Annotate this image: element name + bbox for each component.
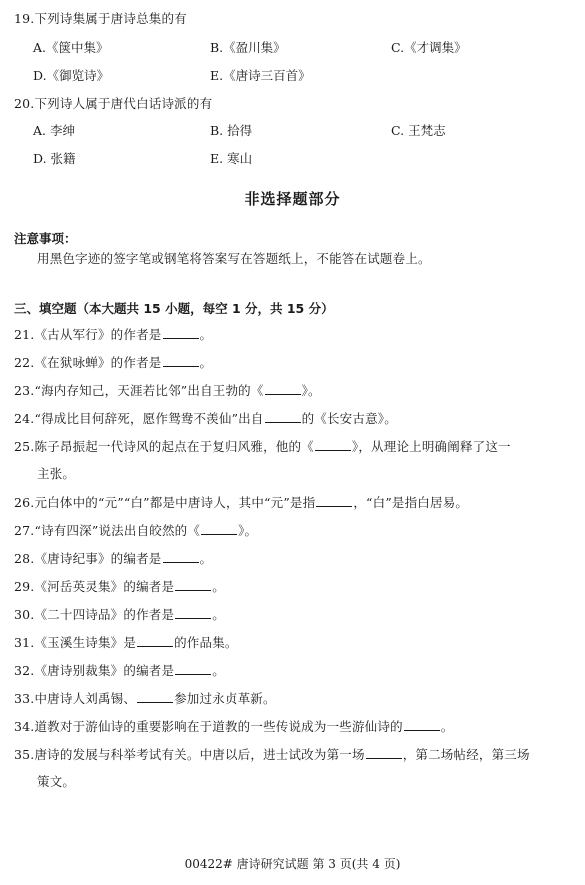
answer-blank [366, 746, 402, 759]
option-19-d: D.《御览诗》 [33, 68, 109, 84]
question-stem: 下列诗人属于唐代白话诗派的有 [34, 96, 212, 111]
answer-blank [316, 494, 352, 507]
question-stem: 下列诗集属于唐诗总集的有 [34, 11, 186, 26]
answer-blank [163, 354, 199, 367]
question-26: 26.元白体中的“元”“白”都是中唐诗人，其中“元”是指，“白”是指白居易。 [14, 494, 468, 511]
question-35-continuation: 策文。 [37, 774, 75, 790]
section-title: 非选择题部分 [0, 188, 585, 209]
question-28: 28.《唐诗纪事》的编者是。 [14, 550, 212, 567]
part-heading: 三、填空题（本大题共 15 小题，每空 1 分，共 15 分） [14, 299, 334, 317]
answer-blank [175, 578, 211, 591]
option-20-a: A. 李绅 [33, 123, 75, 139]
option-20-b: B. 拾得 [210, 123, 252, 139]
answer-blank [137, 634, 173, 647]
answer-blank [265, 410, 301, 423]
question-33: 33.中唐诗人刘禹锡、参加过永贞革新。 [14, 690, 276, 707]
question-23: 23.“海内存知己，天涯若比邻”出自王勃的《》。 [14, 382, 321, 399]
option-20-e: E. 寒山 [210, 151, 252, 167]
question-27: 27.“诗有四深”说法出自皎然的《》。 [14, 522, 257, 539]
option-19-e: E.《唐诗三百首》 [210, 68, 311, 84]
notice-body: 用黑色字迹的签字笔或钢笔将答案写在答题纸上，不能答在试题卷上。 [37, 251, 431, 267]
answer-blank [175, 606, 211, 619]
answer-blank [404, 718, 440, 731]
question-24: 24.“得成比目何辞死，愿作鸳鸯不羡仙”出自的《长安古意》。 [14, 410, 397, 427]
question-34: 34.道教对于游仙诗的重要影响在于道教的一些传说成为一些游仙诗的。 [14, 718, 454, 735]
page-footer: 00422# 唐诗研究试题 第 3 页(共 4 页) [0, 855, 585, 872]
question-number: 19. [14, 11, 34, 26]
option-19-a: A.《箧中集》 [33, 40, 109, 56]
question-31: 31.《玉溪生诗集》是的作品集。 [14, 634, 238, 651]
answer-blank [175, 662, 211, 675]
option-20-c: C. 王梵志 [391, 123, 446, 139]
option-19-b: B.《盈川集》 [210, 40, 286, 56]
question-number: 20. [14, 96, 34, 111]
question-19: 19.下列诗集属于唐诗总集的有 [14, 11, 187, 27]
question-30: 30.《二十四诗品》的作者是。 [14, 606, 225, 623]
question-29: 29.《河岳英灵集》的编者是。 [14, 578, 225, 595]
notice-heading: 注意事项： [14, 229, 77, 247]
answer-blank [315, 438, 351, 451]
option-19-c: C.《才调集》 [391, 40, 467, 56]
question-32: 32.《唐诗别裁集》的编者是。 [14, 662, 225, 679]
question-25-continuation: 主张。 [37, 466, 75, 482]
exam-page: 19.下列诗集属于唐诗总集的有 A.《箧中集》 B.《盈川集》 C.《才调集》 … [0, 0, 585, 885]
answer-blank [163, 550, 199, 563]
answer-blank [265, 382, 301, 395]
question-25: 25.陈子昂振起一代诗风的起点在于复归风雅，他的《》，从理论上明确阐释了这一 [14, 438, 511, 455]
answer-blank [137, 690, 173, 703]
question-22: 22.《在狱咏蝉》的作者是。 [14, 354, 212, 371]
option-20-d: D. 张籍 [33, 151, 76, 167]
answer-blank [201, 522, 237, 535]
answer-blank [163, 326, 199, 339]
question-21: 21.《古从军行》的作者是。 [14, 326, 212, 343]
question-20: 20.下列诗人属于唐代白话诗派的有 [14, 96, 212, 112]
question-35: 35.唐诗的发展与科举考试有关。中唐以后，进士试改为第一场，第二场帖经，第三场 [14, 746, 530, 763]
